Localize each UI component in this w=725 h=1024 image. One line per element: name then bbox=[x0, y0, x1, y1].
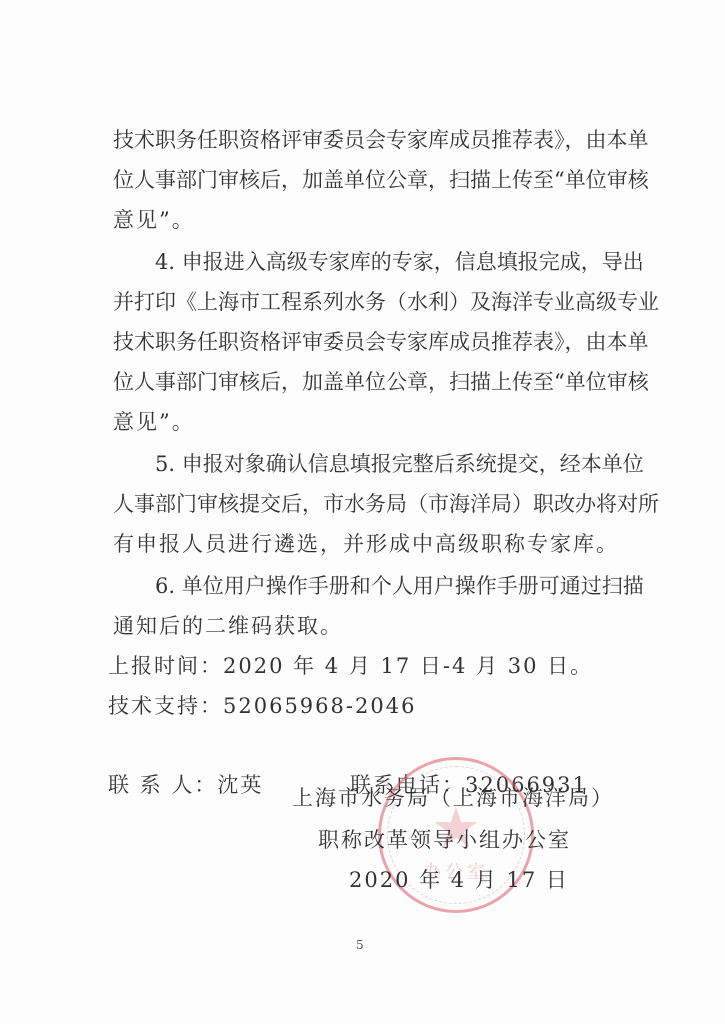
signature-date: 2020 年 4 月 17 日 bbox=[349, 866, 569, 894]
document-page: 技术职务任职资格评审委员会专家库成员推荐表》，由本单 位人事部门审核后，加盖单位… bbox=[0, 0, 725, 1024]
item-4-line-1: 4. 申报进入高级专家库的专家，信息填报完成，导出 bbox=[155, 248, 623, 276]
signature-org-line-2: 职称改革领导小组办公室 bbox=[318, 826, 571, 854]
contact-person-label: 联 系 人： bbox=[108, 773, 217, 797]
item-5-line-1: 5. 申报对象确认信息填报完整后系统提交，经本单位 bbox=[155, 450, 623, 478]
item-6-line-1: 6. 单位用户操作手册和个人用户操作手册可通过扫描 bbox=[155, 572, 623, 600]
item-4-line-3: 技术职务任职资格评审委员会专家库成员推荐表》，由本单 bbox=[113, 328, 623, 356]
report-period: 上报时间：2020 年 4 月 17 日-4 月 30 日。 bbox=[108, 652, 618, 680]
body-line-3: 意见”。 bbox=[113, 206, 623, 234]
item-4-line-4: 位人事部门审核后，加盖单位公章，扫描上传至“单位审核 bbox=[113, 368, 623, 396]
item-6-line-2: 通知后的二维码获取。 bbox=[113, 612, 623, 640]
item-4-line-5: 意见”。 bbox=[113, 408, 623, 436]
item-5-line-2: 人事部门审核提交后，市水务局（市海洋局）职改办将对所 bbox=[113, 490, 623, 518]
page-number: 5 bbox=[356, 938, 364, 952]
body-line-2: 位人事部门审核后，加盖单位公章，扫描上传至“单位审核 bbox=[113, 166, 623, 194]
item-4-line-2: 并打印《上海市工程系列水务（水利）及海洋专业高级专业 bbox=[113, 288, 623, 316]
tech-support: 技术支持：52065968-2046 bbox=[108, 692, 618, 720]
body-line-1: 技术职务任职资格评审委员会专家库成员推荐表》，由本单 bbox=[113, 126, 623, 154]
item-5-line-3: 有申报人员进行遴选，并形成中高级职称专家库。 bbox=[113, 530, 623, 558]
contact-person: 联 系 人：沈英 bbox=[108, 771, 263, 799]
contact-person-name: 沈英 bbox=[217, 773, 263, 797]
signature-org-line-1: 上海市水务局（上海市海洋局） bbox=[292, 784, 614, 812]
